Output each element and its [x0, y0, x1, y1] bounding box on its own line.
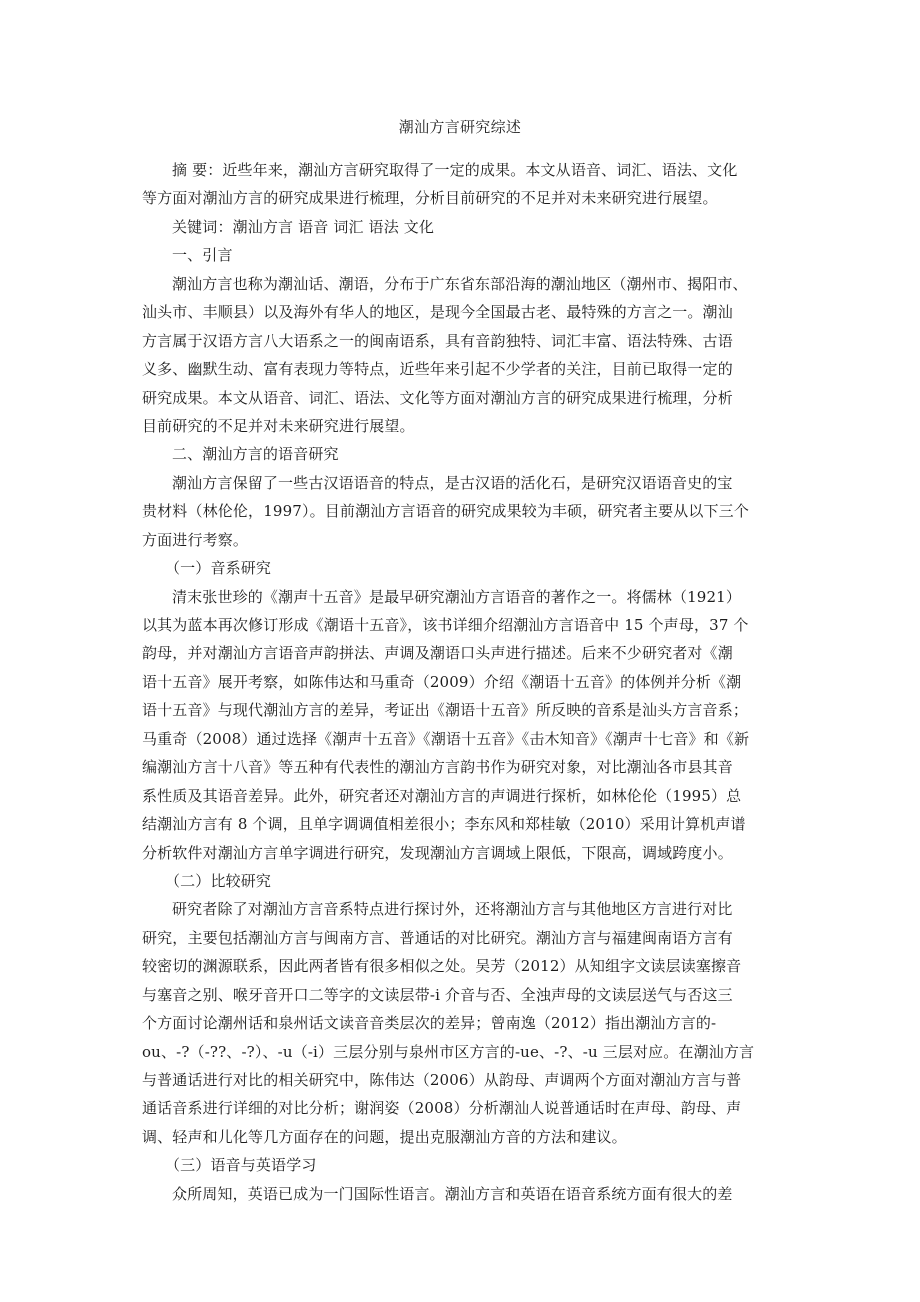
paragraph-line: 众所周知，英语已成为一门国际性语言。潮汕方言和英语在语音系统方面有很大的差: [142, 1180, 782, 1208]
paragraph-line: 与普通话进行对比的相关研究中，陈伟达（2006）从韵母、声调两个方面对潮汕方言与…: [142, 1066, 782, 1094]
paragraph-line: 目前研究的不足并对未来研究进行展望。: [142, 412, 782, 440]
paragraph-line: 语十五音》展开考察，如陈伟达和马重奇（2009）介绍《潮语十五音》的体例并分析《…: [142, 668, 782, 696]
section-heading-phonetics: 二、潮汕方言的语音研究: [142, 440, 782, 468]
paragraph-line: 较密切的渊源联系，因此两者皆有很多相似之处。吴芳（2012）从知组字文读层读塞擦…: [142, 952, 782, 980]
document-page: 潮汕方言研究综述 摘 要：近些年来，潮汕方言研究取得了一定的成果。本文从语音、词…: [0, 0, 920, 1302]
subsection-heading-phonology: （一）音系研究: [142, 554, 782, 582]
keywords-line: 关键词：潮汕方言 语音 词汇 语法 文化: [142, 213, 782, 241]
section-heading-introduction: 一、引言: [142, 241, 782, 269]
paragraph-line: 通话音系进行详细的对比分析；谢润姿（2008）分析潮汕人说普通话时在声母、韵母、…: [142, 1094, 782, 1122]
document-title: 潮汕方言研究综述: [0, 115, 920, 139]
paragraph-line: 马重奇（2008）通过选择《潮声十五音》《潮语十五音》《击木知音》《潮声十七音》…: [142, 725, 782, 753]
paragraph-line: 清末张世珍的《潮声十五音》是最早研究潮汕方言语音的著作之一。将儒林（1921）: [142, 583, 782, 611]
paragraph-line: 方面进行考察。: [142, 526, 782, 554]
paragraph-line: 方言属于汉语方言八大语系之一的闽南语系，具有音韵独特、词汇丰富、语法特殊、古语: [142, 327, 782, 355]
document-body: 摘 要：近些年来，潮汕方言研究取得了一定的成果。本文从语音、词汇、语法、文化 等…: [142, 156, 782, 1208]
paragraph-line: 与塞音之别、喉牙音开口二等字的文读层带-i 介音与否、全浊声母的文读层送气与否这…: [142, 981, 782, 1009]
paragraph-line: 研究，主要包括潮汕方言与闽南方言、普通话的对比研究。潮汕方言与福建闽南语方言有: [142, 924, 782, 952]
paragraph-line: 汕头市、丰顺县）以及海外有华人的地区，是现今全国最古老、最特殊的方言之一。潮汕: [142, 298, 782, 326]
paragraph-line: 韵母，并对潮汕方言语音声韵拼法、声调及潮语口头声进行描述。后来不少研究者对《潮: [142, 639, 782, 667]
paragraph-line: 系性质及其语音差异。此外，研究者还对潮汕方言的声调进行探析，如林伦伦（1995）…: [142, 782, 782, 810]
paragraph-line: 研究者除了对潮汕方言音系特点进行探讨外，还将潮汕方言与其他地区方言进行对比: [142, 895, 782, 923]
paragraph-line: 结潮汕方言有 8 个调，且单字调调值相差很小；李东风和郑桂敏（2010）采用计算…: [142, 810, 782, 838]
paragraph-line: 潮汕方言也称为潮汕话、潮语，分布于广东省东部沿海的潮汕地区（潮州市、揭阳市、: [142, 270, 782, 298]
subsection-heading-comparison: （二）比较研究: [142, 867, 782, 895]
paragraph-line: 个方面讨论潮州话和泉州话文读音音类层次的差异；曾南逸（2012）指出潮汕方言的-: [142, 1009, 782, 1037]
paragraph-line: 以其为蓝本再次修订形成《潮语十五音》，该书详细介绍潮汕方言语音中 15 个声母，…: [142, 611, 782, 639]
subsection-heading-english-learning: （三）语音与英语学习: [142, 1151, 782, 1179]
paragraph-line: 调、轻声和儿化等几方面存在的问题，提出克服潮汕方音的方法和建议。: [142, 1123, 782, 1151]
paragraph-line: 研究成果。本文从语音、词汇、语法、文化等方面对潮汕方言的研究成果进行梳理，分析: [142, 384, 782, 412]
paragraph-line: 义多、幽默生动、富有表现力等特点，近些年来引起不少学者的关注，目前已取得一定的: [142, 355, 782, 383]
abstract-line: 等方面对潮汕方言的研究成果进行梳理，分析目前研究的不足并对未来研究进行展望。: [142, 184, 782, 212]
paragraph-line: 编潮汕方言十八音》等五种有代表性的潮汕方言韵书作为研究对象，对比潮汕各市县其音: [142, 753, 782, 781]
abstract-line: 摘 要：近些年来，潮汕方言研究取得了一定的成果。本文从语音、词汇、语法、文化: [142, 156, 782, 184]
paragraph-line: 潮汕方言保留了一些古汉语语音的特点，是古汉语的活化石，是研究汉语语音史的宝: [142, 469, 782, 497]
paragraph-line: 语十五音》与现代潮汕方言的差异，考证出《潮语十五音》所反映的音系是汕头方言音系；: [142, 696, 782, 724]
paragraph-line: 分析软件对潮汕方言单字调进行研究，发现潮汕方言调域上限低，下限高，调域跨度小。: [142, 839, 782, 867]
paragraph-line: 贵材料（林伦伦，1997）。目前潮汕方言语音的研究成果较为丰硕，研究者主要从以下…: [142, 497, 782, 525]
paragraph-line: ou、-?（-??、-?）、-u（-i）三层分别与泉州市区方言的-ue、-?、-…: [142, 1038, 782, 1066]
